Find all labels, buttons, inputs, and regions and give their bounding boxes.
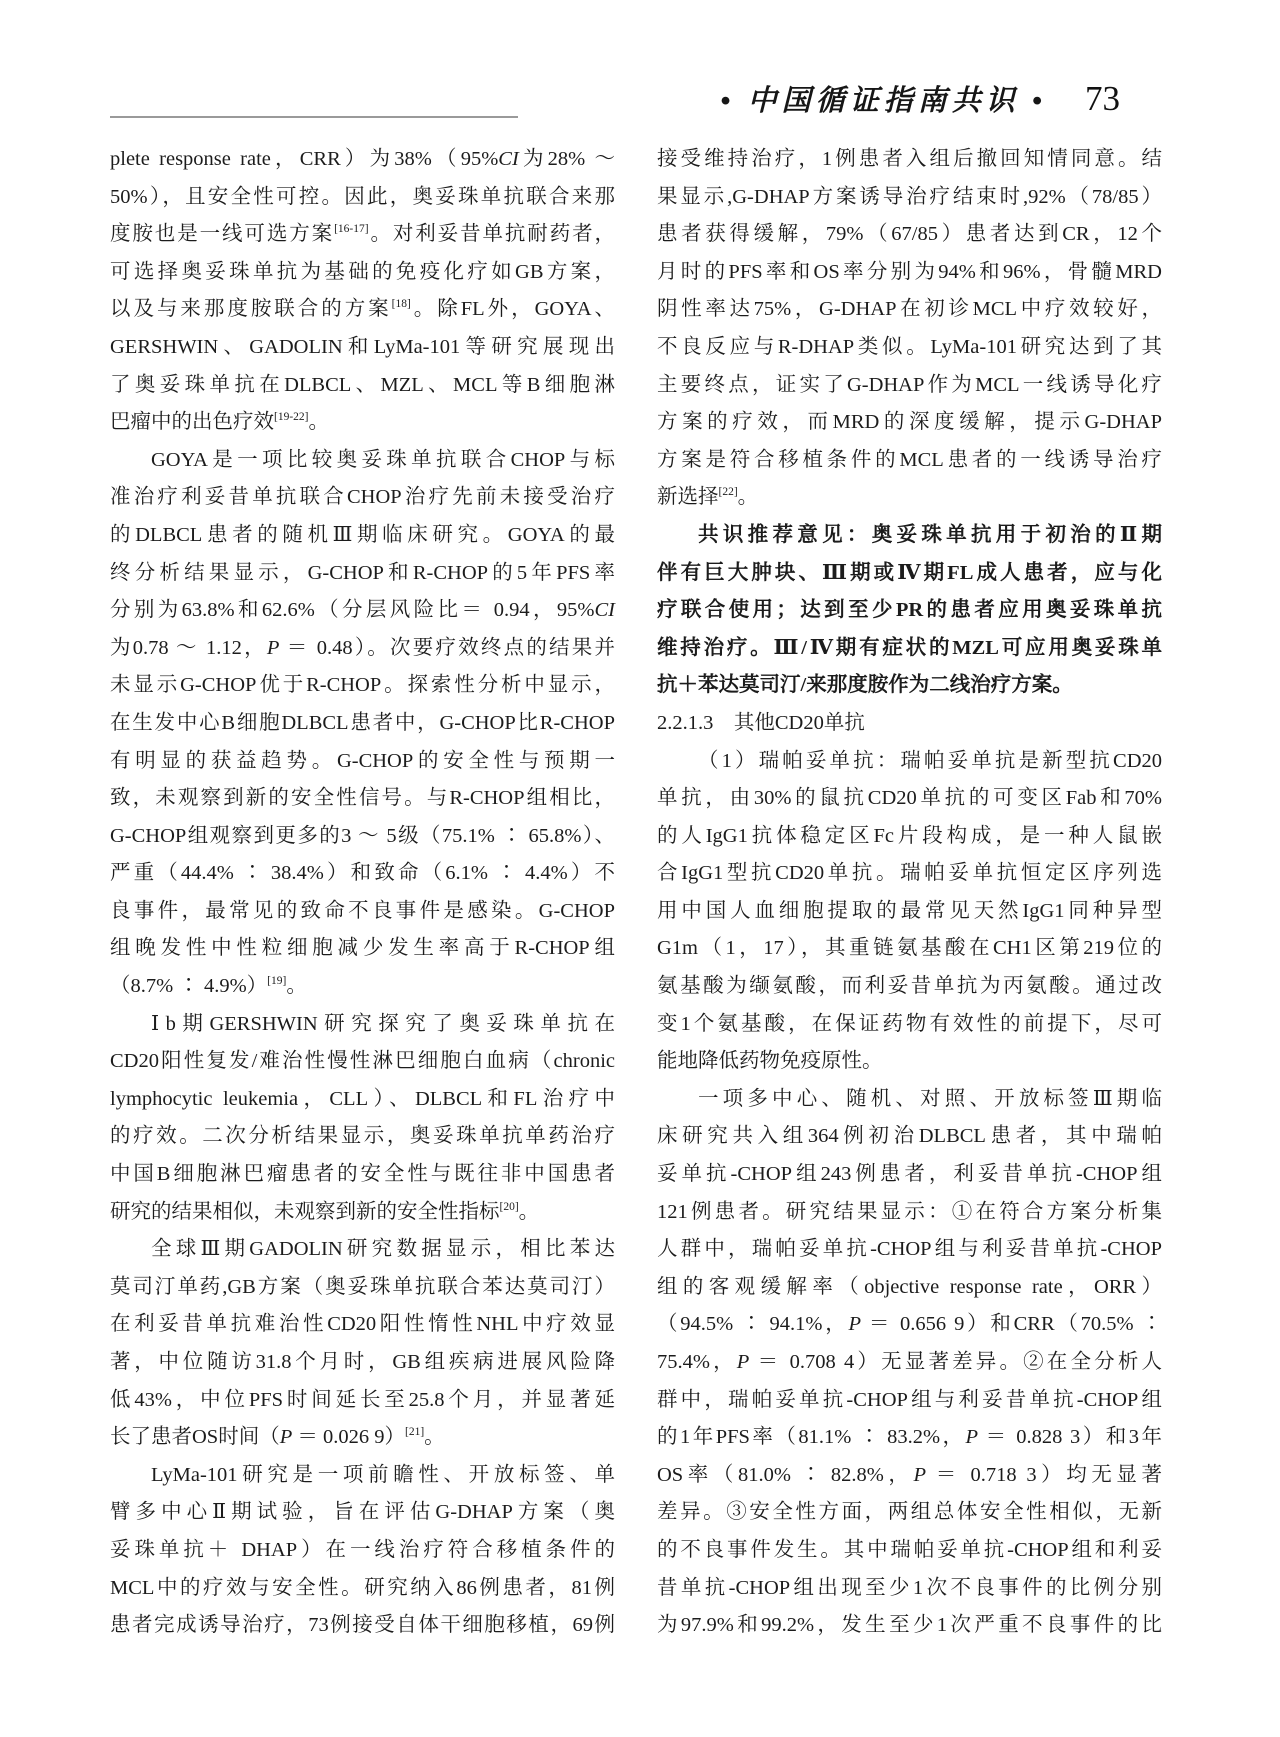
text-line: 患者获得缓解，79%（67/85）患者达到CR，12个 [657, 216, 1162, 254]
text-line: 差异。③安全性方面，两组总体安全性相似，无新 [657, 1494, 1162, 1532]
text-line: 方案是符合移植条件的MCL患者的一线诱导治疗 [657, 442, 1162, 480]
text-line: 方案的疗效，而MRD的深度缓解，提示G-DHAP [657, 404, 1162, 442]
text-line: GERSHWIN、GADOLIN和LyMa-101等研究展现出 [110, 329, 615, 367]
text-line: 妥单抗-CHOP组243例患者，利妥昔单抗-CHOP组 [657, 1156, 1162, 1194]
text-line: 的疗效。二次分析结果显示，奥妥珠单抗单药治疗 [110, 1118, 615, 1156]
text-line: 人群中，瑞帕妥单抗-CHOP组与利妥昔单抗-CHOP [657, 1231, 1162, 1269]
text-line: 的人IgG1抗体稳定区Fc片段构成，是一种人鼠嵌 [657, 818, 1162, 856]
text-line: 50%），且安全性可控。因此，奥妥珠单抗联合来那 [110, 179, 615, 217]
text-line: 患者完成诱导治疗，73例接受自体干细胞移植，69例 [110, 1607, 615, 1645]
text-line: 有明显的获益趋势。G-CHOP的安全性与预期一 [110, 743, 615, 781]
page-header: • 中国循证指南共识 • 73 [620, 78, 1120, 119]
text-line: 为0.78 ～ 1.12，P ＝ 0.48）。次要疗效终点的结果并 [110, 630, 615, 668]
text-line: 单抗，由30%的鼠抗CD20单抗的可变区Fab和70% [657, 780, 1162, 818]
text-line: 维持治疗。Ⅲ/Ⅳ期有症状的MZL可应用奥妥珠单 [657, 630, 1162, 668]
text-line: 为97.9%和99.2%，发生至少1次严重不良事件的比 [657, 1607, 1162, 1645]
body-text: plete response rate，CRR）为38%（95%CI为28% ～… [110, 141, 1162, 1645]
left-column: plete response rate，CRR）为38%（95%CI为28% ～… [110, 141, 615, 1645]
text-line: 合IgG1型抗CD20单抗。瑞帕妥单抗恒定区序列选 [657, 855, 1162, 893]
text-line: 莫司汀单药,GB方案（奥妥珠单抗联合苯达莫司汀） [110, 1269, 615, 1307]
text-line: 准治疗利妥昔单抗联合CHOP治疗先前未接受治疗 [110, 479, 615, 517]
text-line: 抗＋苯达莫司汀/来那度胺作为二线治疗方案。 [657, 667, 1162, 705]
text-line: 组的客观缓解率（objective response rate，ORR） [657, 1269, 1162, 1307]
text-line: （94.5% ∶ 94.1%，P ＝ 0.656 9）和CRR（70.5% ∶ [657, 1306, 1162, 1344]
text-line: 在生发中心B细胞DLBCL患者中，G-CHOP比R-CHOP [110, 705, 615, 743]
text-line: 疗联合使用；达到至少PR的患者应用奥妥珠单抗 [657, 592, 1162, 630]
text-line: CD20阳性复发/难治性慢性淋巴细胞白血病（chronic [110, 1043, 615, 1081]
text-line: 以及与来那度胺联合的方案[18]。除FL外，GOYA、 [110, 291, 615, 329]
text-line: （8.7% ∶ 4.9%）[19]。 [110, 968, 615, 1006]
text-line: 可选择奥妥珠单抗为基础的免疫化疗如GB方案， [110, 254, 615, 292]
text-line: 用中国人血细胞提取的最常见天然IgG1同种异型 [657, 893, 1162, 931]
text-line: 75.4%，P ＝ 0.708 4）无显著差异。②在全分析人 [657, 1344, 1162, 1382]
text-line: LyMa-101研究是一项前瞻性、开放标签、单 [110, 1457, 615, 1495]
page-number: 73 [1085, 79, 1120, 119]
text-line: 能地降低药物免疫原性。 [657, 1043, 1162, 1081]
text-line: 巴瘤中的出色疗效[19-22]。 [110, 404, 615, 442]
text-line: 变1个氨基酸，在保证药物有效性的前提下，尽可 [657, 1006, 1162, 1044]
text-line: plete response rate，CRR）为38%（95%CI为28% ～ [110, 141, 615, 179]
text-line: 在利妥昔单抗难治性CD20阳性惰性NHL中疗效显 [110, 1306, 615, 1344]
journal-title: • 中国循证指南共识 • [720, 78, 1047, 119]
text-line: 的不良事件发生。其中瑞帕妥单抗-CHOP组和利妥 [657, 1532, 1162, 1570]
text-line: 氨基酸为缬氨酸，而利妥昔单抗为丙氨酸。通过改 [657, 968, 1162, 1006]
text-line: 昔单抗-CHOP组出现至少1次不良事件的比例分别 [657, 1570, 1162, 1608]
text-line: 妥珠单抗＋ DHAP）在一线治疗符合移植条件的 [110, 1532, 615, 1570]
text-line: 全球Ⅲ期GADOLIN研究数据显示，相比苯达 [110, 1231, 615, 1269]
text-line: 月时的PFS率和OS率分别为94%和96%，骨髓MRD [657, 254, 1162, 292]
text-line: OS率（81.0% ∶ 82.8%，P ＝ 0.718 3）均无显著 [657, 1457, 1162, 1495]
header-rule [110, 116, 518, 118]
text-line: 果显示,G-DHAP方案诱导治疗结束时,92%（78/85） [657, 179, 1162, 217]
text-line: 121例患者。研究结果显示：①在符合方案分析集 [657, 1194, 1162, 1232]
text-line: 致，未观察到新的安全性信号。与R-CHOP组相比， [110, 780, 615, 818]
text-line: 终分析结果显示，G-CHOP和R-CHOP的5年PFS率 [110, 555, 615, 593]
text-line: lymphocytic leukemia，CLL）、DLBCL和FL治疗中 [110, 1081, 615, 1119]
text-line: 床研究共入组364例初治DLBCL患者，其中瑞帕 [657, 1118, 1162, 1156]
text-line: （1）瑞帕妥单抗：瑞帕妥单抗是新型抗CD20 [657, 743, 1162, 781]
text-line: 组晚发性中性粒细胞减少发生率高于R-CHOP组 [110, 930, 615, 968]
text-line: 不良反应与R-DHAP类似。LyMa-101研究达到了其 [657, 329, 1162, 367]
text-line: 低43%，中位PFS时间延长至25.8个月，并显著延 [110, 1382, 615, 1420]
text-line: 主要终点，证实了G-DHAP作为MCL一线诱导化疗 [657, 367, 1162, 405]
right-column: 接受维持治疗，1例患者入组后撤回知情同意。结果显示,G-DHAP方案诱导治疗结束… [657, 141, 1162, 1645]
text-line: 的DLBCL患者的随机Ⅲ期临床研究。GOYA的最 [110, 517, 615, 555]
text-line: G-CHOP组观察到更多的3 ～ 5级（75.1% ∶ 65.8%）、 [110, 818, 615, 856]
text-line: 度胺也是一线可选方案[16-17]。对利妥昔单抗耐药者， [110, 216, 615, 254]
text-line: 良事件，最常见的致命不良事件是感染。G-CHOP [110, 893, 615, 931]
text-line: 新选择[22]。 [657, 479, 1162, 517]
text-line: 未显示G-CHOP优于R-CHOP。探索性分析中显示， [110, 667, 615, 705]
text-line: 阴性率达75%，G-DHAP在初诊MCL中疗效较好， [657, 291, 1162, 329]
text-line: 群中，瑞帕妥单抗-CHOP组与利妥昔单抗-CHOP组 [657, 1382, 1162, 1420]
text-line: 严重（44.4% ∶ 38.4%）和致命（6.1% ∶ 4.4%）不 [110, 855, 615, 893]
text-line: 分别为63.8%和62.6%（分层风险比＝ 0.94，95%CI [110, 592, 615, 630]
document-page: • 中国循证指南共识 • 73 plete response rate，CRR）… [0, 0, 1280, 1737]
text-line: G1m（1，17），其重链氨基酸在CH1区第219位的 [657, 930, 1162, 968]
text-line: 研究的结果相似，未观察到新的安全性指标[20]。 [110, 1194, 615, 1232]
text-line: Ⅰb期GERSHWIN研究探究了奥妥珠单抗在 [110, 1006, 615, 1044]
text-line: MCL中的疗效与安全性。研究纳入86例患者，81例 [110, 1570, 615, 1608]
text-line: 共识推荐意见：奥妥珠单抗用于初治的Ⅱ期 [657, 517, 1162, 555]
text-line: 著，中位随访31.8个月时，GB组疾病进展风险降 [110, 1344, 615, 1382]
text-line: 伴有巨大肿块、Ⅲ期或Ⅳ期FL成人患者，应与化 [657, 555, 1162, 593]
text-line: 了奥妥珠单抗在DLBCL、MZL、MCL等B细胞淋 [110, 367, 615, 405]
text-line: 长了患者OS时间（P ＝ 0.026 9）[21]。 [110, 1419, 615, 1457]
text-line: 中国B细胞淋巴瘤患者的安全性与既往非中国患者 [110, 1156, 615, 1194]
text-line: 臂多中心Ⅱ期试验，旨在评估G-DHAP方案（奥 [110, 1494, 615, 1532]
text-line: 2.2.1.3 其他CD20单抗 [657, 705, 1162, 743]
text-line: 的1年PFS率（81.1% ∶ 83.2%，P ＝ 0.828 3）和3年 [657, 1419, 1162, 1457]
text-line: GOYA是一项比较奥妥珠单抗联合CHOP与标 [110, 442, 615, 480]
text-line: 接受维持治疗，1例患者入组后撤回知情同意。结 [657, 141, 1162, 179]
text-line: 一项多中心、随机、对照、开放标签Ⅲ期临 [657, 1081, 1162, 1119]
